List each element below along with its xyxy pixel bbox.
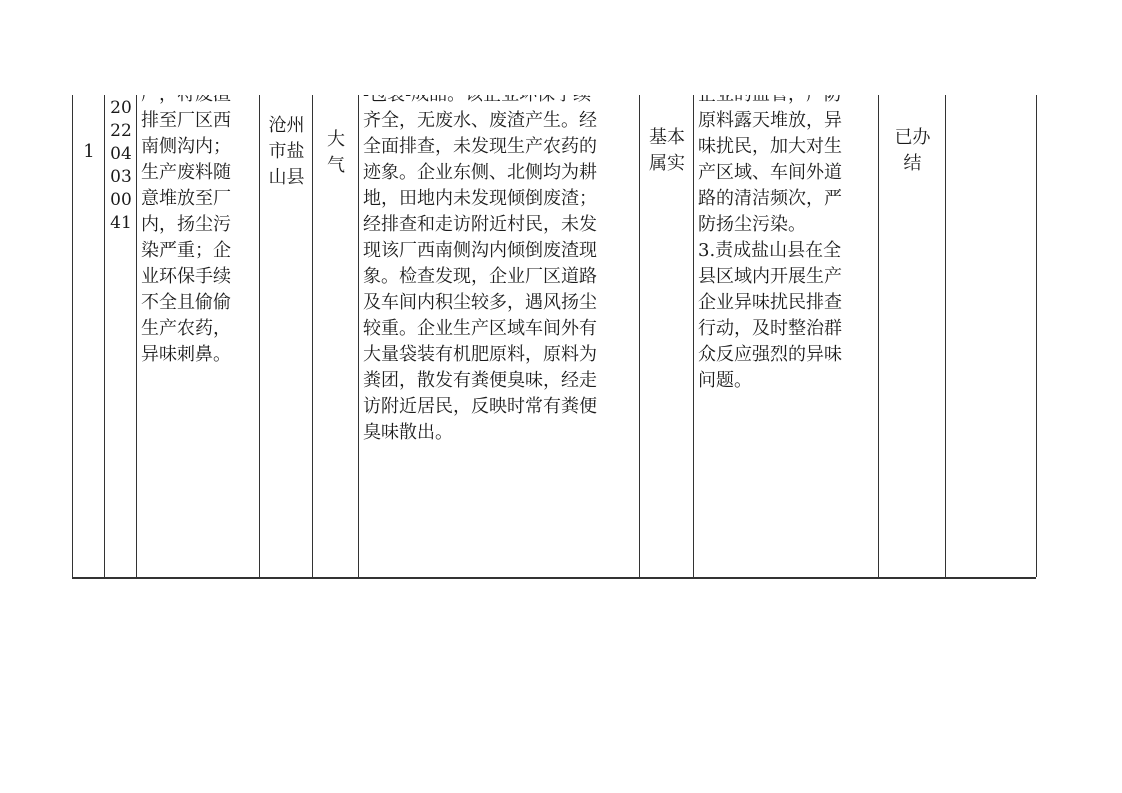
- text-line: 路的清洁频次，严: [698, 186, 879, 212]
- text-line: 迹象。企业东侧、北侧均为耕: [363, 160, 640, 186]
- investigation-result: -包袋-成品。该企业环保手续 齐全，无废水、废渣产生。经 全面排查，未发现生产农…: [359, 95, 640, 446]
- status: 已办 结: [879, 125, 946, 177]
- text-line: 不全且偷偷: [141, 290, 260, 316]
- text-line: 3.责成盐山县在全: [698, 238, 879, 264]
- text-line: 基本: [640, 125, 694, 151]
- text-line: 生产废料随: [141, 160, 260, 186]
- text-line: 南侧沟内；: [141, 134, 260, 160]
- text-line: 地，田地内未发现倾倒废渣；: [363, 186, 640, 212]
- col-handling: 企业的监管，严防 原料露天堆放，异 味扰民，加大对生 产区域、车间外道 路的清洁…: [693, 95, 879, 577]
- id-part: 22: [105, 120, 137, 143]
- text-line: 访附近居民，反映时常有粪便: [363, 394, 640, 420]
- text-line: 属实: [640, 151, 694, 177]
- text-line: 市盐: [260, 139, 313, 165]
- text-line: 沧州: [260, 113, 313, 139]
- text-line: 大: [313, 127, 359, 153]
- region: 沧州 市盐 山县: [260, 113, 313, 191]
- text-line: 已办: [879, 125, 946, 151]
- complaint-id: 20 22 04 03 00 41: [105, 97, 137, 235]
- text-line: 排至厂区西: [141, 108, 260, 134]
- text-line: 现该厂西南侧沟内倾倒废渣现: [363, 238, 640, 264]
- text-line: 企业异味扰民排查: [698, 290, 879, 316]
- text-line: 象。检查发现，企业厂区道路: [363, 264, 640, 290]
- col-index: 1: [72, 95, 105, 577]
- text-line: 行动，及时整治群: [698, 316, 879, 342]
- text-line: 粪团，散发有粪便臭味，经走: [363, 368, 640, 394]
- text-line: 染严重；企: [141, 238, 260, 264]
- text-line: 众反应强烈的异味: [698, 342, 879, 368]
- verdict: 基本 属实: [640, 125, 694, 177]
- text-line: 产区域、车间外道: [698, 160, 879, 186]
- complaint-table: 1 20 22 04 03 00 41 厂，将废渣 排至厂区西 南侧沟内； 生产…: [72, 95, 1036, 579]
- text-line: 企业的监管，严防: [698, 95, 879, 108]
- text-line: 异味刺鼻。: [141, 342, 260, 368]
- text-line: 问题。: [698, 368, 879, 394]
- text-line: 县区域内开展生产: [698, 264, 879, 290]
- text-line: 经排查和走访附近村民，未发: [363, 212, 640, 238]
- id-part: 04: [105, 143, 137, 166]
- text-line: 较重。企业生产区域车间外有: [363, 316, 640, 342]
- col-remarks: [945, 95, 1037, 577]
- col-verdict: 基本 属实: [639, 95, 694, 577]
- text-line: 业环保手续: [141, 264, 260, 290]
- text-line: 内，扬尘污: [141, 212, 260, 238]
- id-part: 00: [105, 189, 137, 212]
- text-line: 原料露天堆放，异: [698, 108, 879, 134]
- text-line: -包袋-成品。该企业环保手续: [363, 95, 640, 108]
- complaint-content: 厂，将废渣 排至厂区西 南侧沟内； 生产废料随 意堆放至厂 内，扬尘污 染严重；…: [137, 95, 260, 368]
- col-complaint: 厂，将废渣 排至厂区西 南侧沟内； 生产废料随 意堆放至厂 内，扬尘污 染严重；…: [136, 95, 260, 577]
- text-line: 厂，将废渣: [141, 95, 260, 108]
- col-region: 沧州 市盐 山县: [259, 95, 313, 577]
- text-line: 气: [313, 153, 359, 179]
- text-line: 生产农药，: [141, 316, 260, 342]
- col-investigation: -包袋-成品。该企业环保手续 齐全，无废水、废渣产生。经 全面排查，未发现生产农…: [358, 95, 640, 577]
- id-part: 41: [105, 212, 137, 235]
- text-line: 味扰民，加大对生: [698, 134, 879, 160]
- pollution-type: 大 气: [313, 127, 359, 179]
- text-line: 大量袋装有机肥原料，原料为: [363, 342, 640, 368]
- text-line: 意堆放至厂: [141, 186, 260, 212]
- text-line: 防扬尘污染。: [698, 212, 879, 238]
- text-line: 山县: [260, 165, 313, 191]
- handling-measures: 企业的监管，严防 原料露天堆放，异 味扰民，加大对生 产区域、车间外道 路的清洁…: [694, 95, 879, 394]
- text-line: 全面排查，未发现生产农药的: [363, 134, 640, 160]
- text-line: 齐全，无废水、废渣产生。经: [363, 108, 640, 134]
- text-line: 及车间内积尘较多，遇风扬尘: [363, 290, 640, 316]
- col-status: 已办 结: [878, 95, 946, 577]
- text-line: 结: [879, 151, 946, 177]
- id-part: 20: [105, 97, 137, 120]
- col-id: 20 22 04 03 00 41: [104, 95, 137, 577]
- id-part: 03: [105, 166, 137, 189]
- text-line: 臭味散出。: [363, 420, 640, 446]
- row-index: 1: [73, 139, 105, 165]
- col-pollution-type: 大 气: [312, 95, 359, 577]
